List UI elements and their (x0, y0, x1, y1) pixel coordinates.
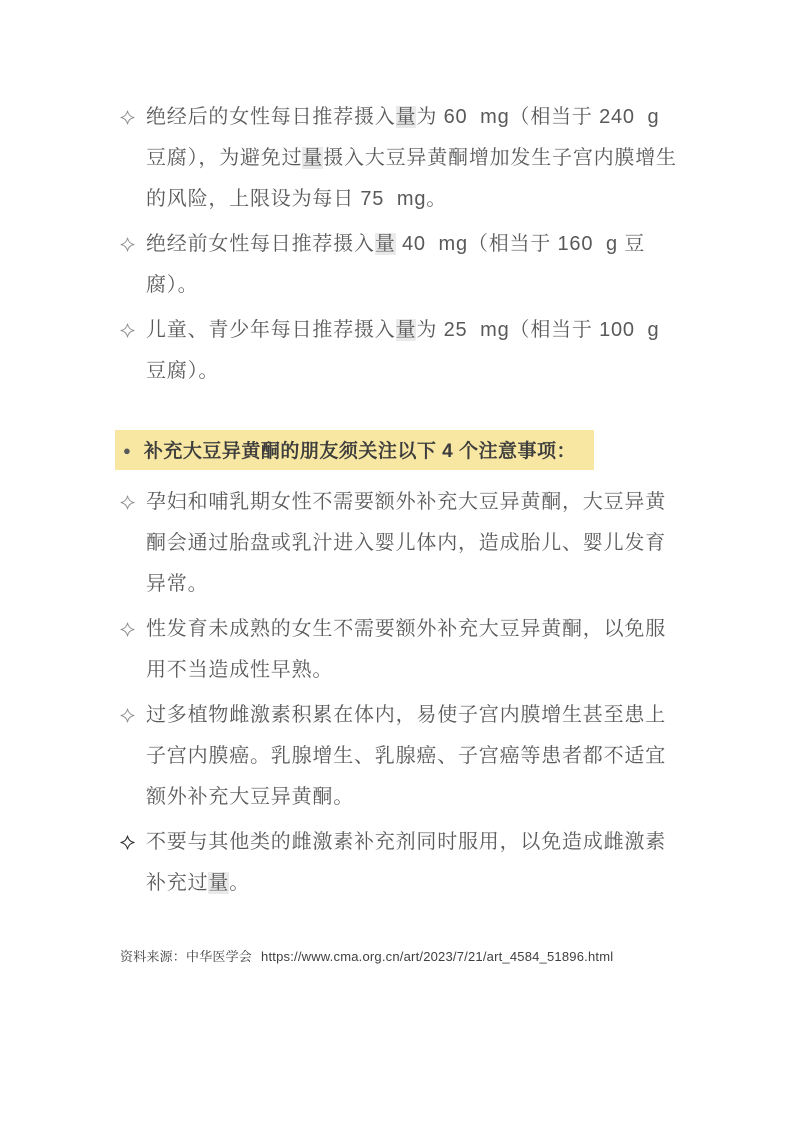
list-item: 儿童、青少年每日推荐摄入量为 25 mg（相当于 100 g 豆腐）。 (120, 310, 678, 392)
four-pointed-star-dark-icon (120, 822, 146, 904)
list-item: 过多植物雌激素积累在体内，易使子宫内膜增生甚至患上子宫内膜癌。乳腺增生、乳腺癌、… (120, 695, 678, 818)
list-item: 孕妇和哺乳期女性不需要额外补充大豆异黄酮，大豆异黄酮会通过胎盘或乳汁进入婴儿体内… (120, 482, 678, 605)
intake-list: 绝经后的女性每日推荐摄入量为 60 mg（相当于 240 g 豆腐），为避免过量… (120, 97, 678, 392)
notice-list: 孕妇和哺乳期女性不需要额外补充大豆异黄酮，大豆异黄酮会通过胎盘或乳汁进入婴儿体内… (120, 482, 678, 904)
notice-heading: ●补充大豆异黄酮的朋友须关注以下 4 个注意事项： (115, 430, 678, 470)
four-pointed-star-icon (120, 310, 146, 392)
document-page: 绝经后的女性每日推荐摄入量为 60 mg（相当于 240 g 豆腐），为避免过量… (0, 0, 793, 1122)
four-pointed-star-icon (120, 695, 146, 818)
list-item-text: 过多植物雌激素积累在体内，易使子宫内膜增生甚至患上子宫内膜癌。乳腺增生、乳腺癌、… (146, 695, 678, 818)
list-item: 性发育未成熟的女生不需要额外补充大豆异黄酮，以免服用不当造成性早熟。 (120, 609, 678, 691)
list-item-text: 绝经后的女性每日推荐摄入量为 60 mg（相当于 240 g 豆腐），为避免过量… (146, 97, 678, 220)
list-item-text: 性发育未成熟的女生不需要额外补充大豆异黄酮，以免服用不当造成性早熟。 (146, 609, 678, 691)
list-item-text: 孕妇和哺乳期女性不需要额外补充大豆异黄酮，大豆异黄酮会通过胎盘或乳汁进入婴儿体内… (146, 482, 678, 605)
source-label: 资料来源：中华医学会 (120, 946, 252, 965)
list-item-text: 儿童、青少年每日推荐摄入量为 25 mg（相当于 100 g 豆腐）。 (146, 310, 678, 392)
four-pointed-star-icon (120, 97, 146, 220)
page-content: 绝经后的女性每日推荐摄入量为 60 mg（相当于 240 g 豆腐），为避免过量… (0, 0, 793, 965)
list-item-text: 绝经前女性每日推荐摄入量 40 mg（相当于 160 g 豆腐）。 (146, 224, 678, 306)
bullet-dot-icon: ● (123, 443, 131, 458)
list-item: 绝经后的女性每日推荐摄入量为 60 mg（相当于 240 g 豆腐），为避免过量… (120, 97, 678, 220)
heading-highlight: ●补充大豆异黄酮的朋友须关注以下 4 个注意事项： (115, 430, 594, 470)
source-line: 资料来源：中华医学会 https://www.cma.org.cn/art/20… (120, 946, 678, 965)
four-pointed-star-icon (120, 609, 146, 691)
heading-text: 补充大豆异黄酮的朋友须关注以下 4 个注意事项： (144, 441, 576, 462)
four-pointed-star-icon (120, 224, 146, 306)
list-item: 绝经前女性每日推荐摄入量 40 mg（相当于 160 g 豆腐）。 (120, 224, 678, 306)
list-item-text: 不要与其他类的雌激素补充剂同时服用，以免造成雌激素补充过量。 (146, 822, 678, 904)
source-url[interactable]: https://www.cma.org.cn/art/2023/7/21/art… (261, 949, 613, 964)
list-item: 不要与其他类的雌激素补充剂同时服用，以免造成雌激素补充过量。 (120, 822, 678, 904)
four-pointed-star-icon (120, 482, 146, 605)
